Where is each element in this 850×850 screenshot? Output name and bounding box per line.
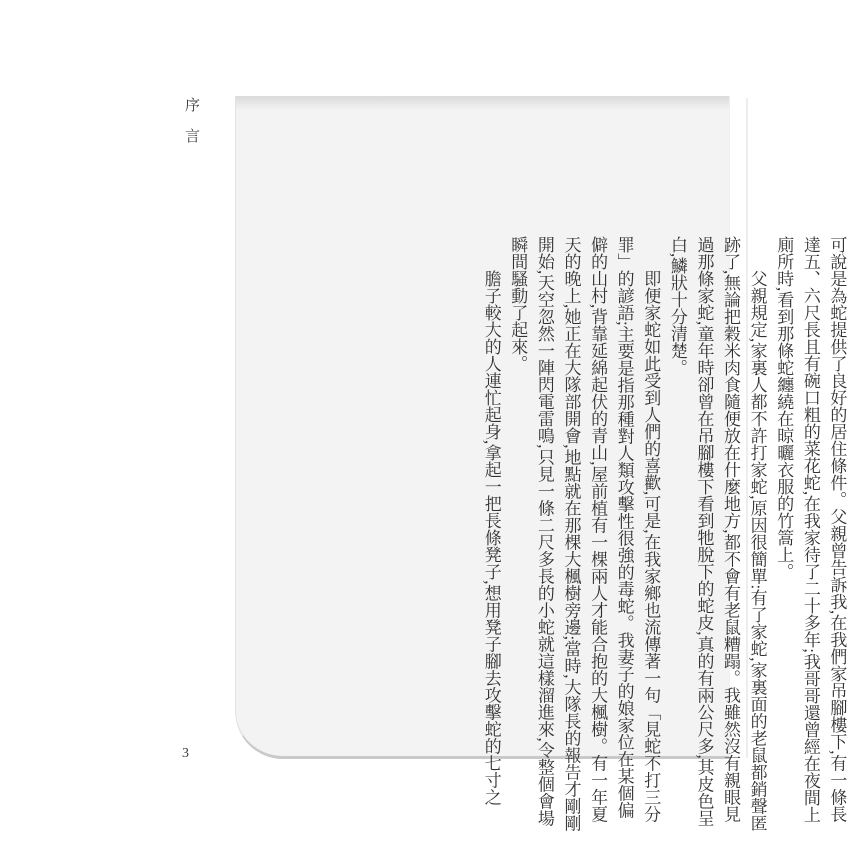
paragraph-4: 膽子較大的人連忙起身,拿起一把長條凳子,想用凳子腳去攻擊蛇的七寸之: [477, 236, 504, 832]
page-number: 3: [182, 746, 189, 762]
page-text-block: 子依河岸而建,與湘西吊腳樓差不多;河岸水草豐盛,再加上吊腳樓下土坎上的洞穴,可說…: [476, 236, 850, 832]
paragraph-2: 父親規定,家裏人都不許打家蛇,原因很簡單:有了家蛇,家裏面的老鼠都銷聲匿跡了,無…: [663, 236, 769, 832]
paragraph-3: 即便家蛇如此受到人們的喜歡,可是,在我家鄉也流傳著一句「見蛇不打三分罪」的諺語;…: [504, 236, 664, 832]
chapter-side-label: 序言: [181, 97, 202, 159]
book-page-scan: 序言 子依河岸而建,與湘西吊腳樓差不多;河岸水草豐盛,再加上吊腳樓下土坎上的洞穴…: [0, 0, 850, 850]
page-edge-line: [746, 98, 748, 758]
paragraph-1: 子依河岸而建,與湘西吊腳樓差不多;河岸水草豐盛,再加上吊腳樓下土坎上的洞穴,可說…: [770, 236, 850, 832]
page-card: 子依河岸而建,與湘西吊腳樓差不多;河岸水草豐盛,再加上吊腳樓下土坎上的洞穴,可說…: [235, 96, 730, 759]
